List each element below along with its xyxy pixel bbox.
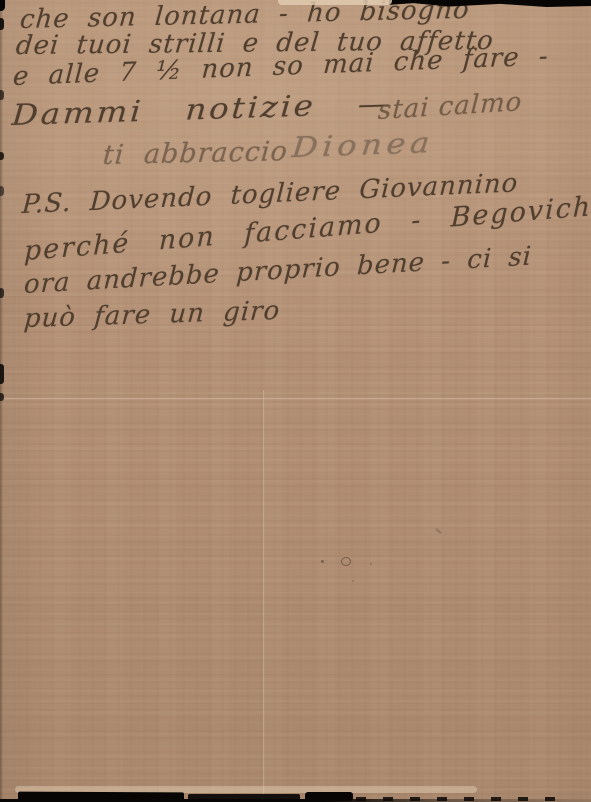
postscript-line-4: può fare un giro [23,298,281,332]
ink-speck [352,580,354,582]
scan-edge-left-mark [0,393,4,401]
torn-edge-highlight-top [278,0,392,5]
signature: Dionea [291,129,435,162]
scanned-letter-page: che son lontana - ho bisogno dei tuoi st… [0,0,591,802]
scan-edge-left-mark [0,18,4,30]
ink-speck-ring [341,557,351,566]
scan-edge-left-mark [0,364,4,384]
scan-edge-left-shade [0,0,3,802]
scan-edge-left-mark [0,90,4,100]
ink-speck [370,563,372,565]
scan-edge-left-mark [0,186,4,196]
ink-speck [321,560,324,563]
scan-edge-left-mark [0,152,4,160]
scan-edge-left-mark [0,288,4,298]
closing-line: ti abbraccio [102,138,289,169]
